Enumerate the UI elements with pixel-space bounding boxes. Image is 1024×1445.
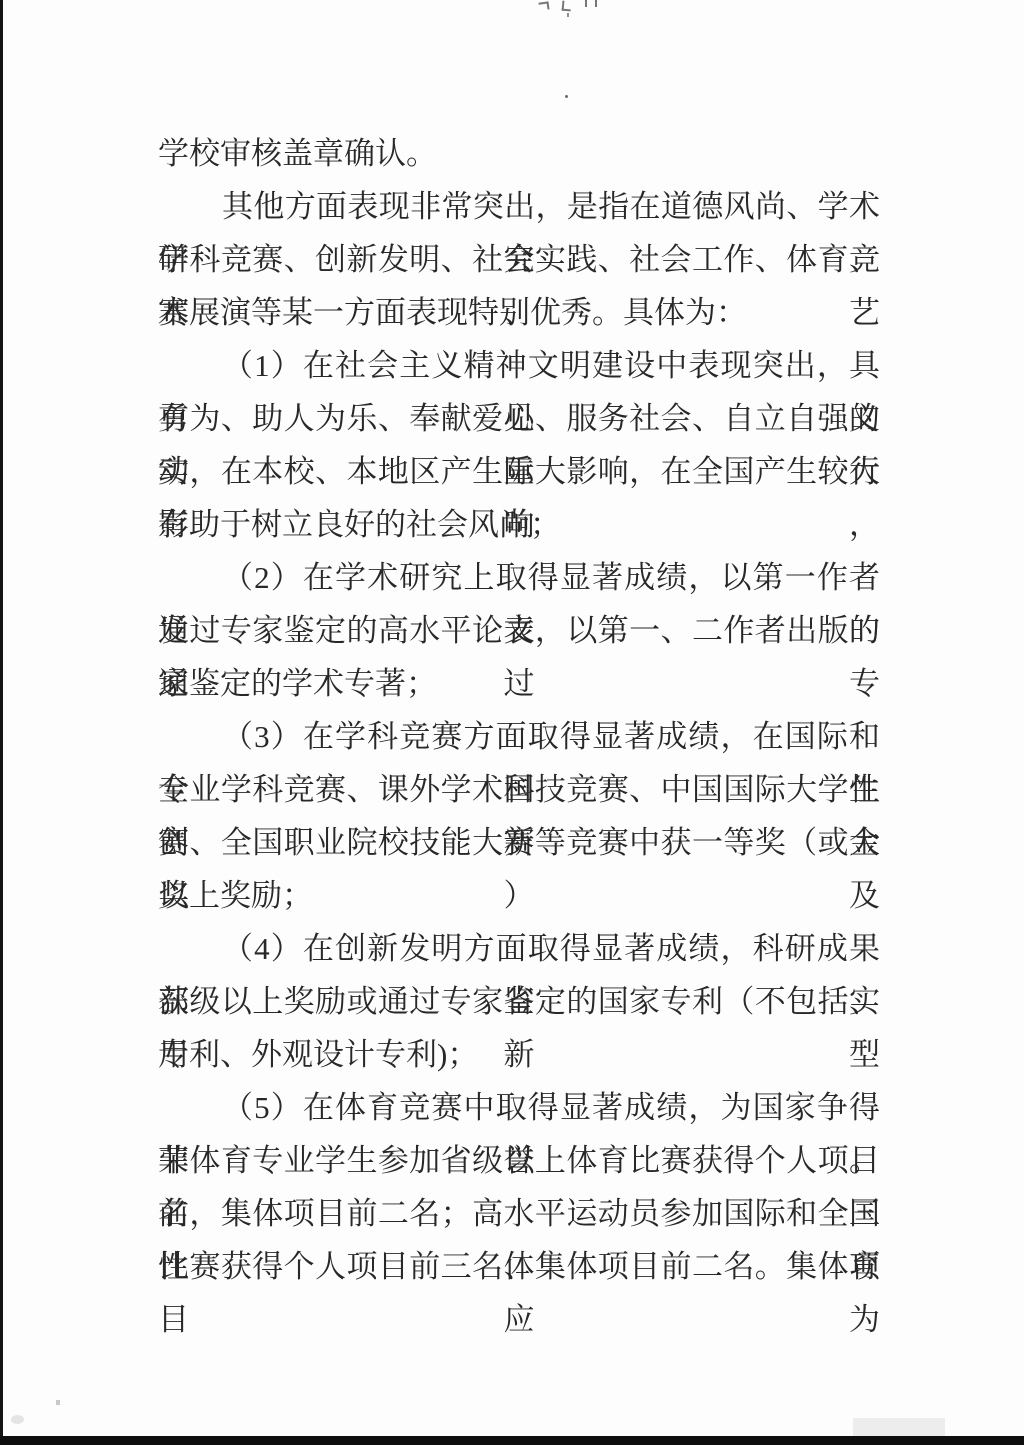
text-line: 部级以上奖励或通过专家鉴定的国家专利（不包括实用新型 xyxy=(158,975,880,1028)
text-line: 动，在本校、本地区产生重大影响，在全国产生较大影响， xyxy=(158,445,880,498)
text-line: 赛、全国职业院校技能大赛等竞赛中获一等奖（或金奖）及 xyxy=(158,816,880,869)
scan-artifact xyxy=(567,13,569,17)
text-line: （3）在学科竞赛方面取得显著成绩，在国际和全国性 xyxy=(158,710,880,763)
scan-edge-bottom xyxy=(0,1436,1024,1445)
text-line: 其他方面表现非常突出，是指在道德风尚、学术研究、 xyxy=(158,180,880,233)
text-line: 勇为、助人为乐、奉献爱心、服务社会、自立自强的实际行 xyxy=(158,392,880,445)
text-line: 学校审核盖章确认。 xyxy=(158,127,880,180)
text-line: 通过专家鉴定的高水平论文，以第一、二作者出版的通过专 xyxy=(158,604,880,657)
text-line: （1）在社会主义精神文明建设中表现突出，具有见义 xyxy=(158,339,880,392)
scan-artifact xyxy=(585,0,597,7)
text-line: 名，集体项目前二名；高水平运动员参加国际和全国性体育 xyxy=(158,1187,880,1240)
scan-artifact xyxy=(565,95,568,98)
text-line: （4）在创新发明方面取得显著成绩，科研成果获省、 xyxy=(158,922,880,975)
document-body: 学校审核盖章确认。其他方面表现非常突出，是指在道德风尚、学术研究、学科竞赛、创新… xyxy=(158,127,880,1293)
document-page: 学校审核盖章确认。其他方面表现非常突出，是指在道德风尚、学术研究、学科竞赛、创新… xyxy=(0,0,1024,1445)
text-line: （2）在学术研究上取得显著成绩，以第一作者发表的 xyxy=(158,551,880,604)
text-line: 非体育专业学生参加省级以上体育比赛获得个人项目前三 xyxy=(158,1134,880,1187)
scan-artifact xyxy=(11,1415,24,1424)
text-line: 学科竞赛、创新发明、社会实践、社会工作、体育竞赛、艺 xyxy=(158,233,880,286)
scan-artifact xyxy=(538,1,549,10)
text-line: （5）在体育竞赛中取得显著成绩，为国家争得荣誉。 xyxy=(158,1081,880,1134)
text-line: 比赛获得个人项目前三名、集体项目前二名。集体项目应为 xyxy=(158,1240,880,1293)
scan-artifact xyxy=(562,1,572,12)
scan-edge-left xyxy=(0,0,3,1445)
text-line: 专业学科竞赛、课外学术科技竞赛、中国国际大学生创新大 xyxy=(158,763,880,816)
scan-shade-bottom-right xyxy=(853,1418,945,1436)
scan-artifact xyxy=(56,1400,60,1405)
